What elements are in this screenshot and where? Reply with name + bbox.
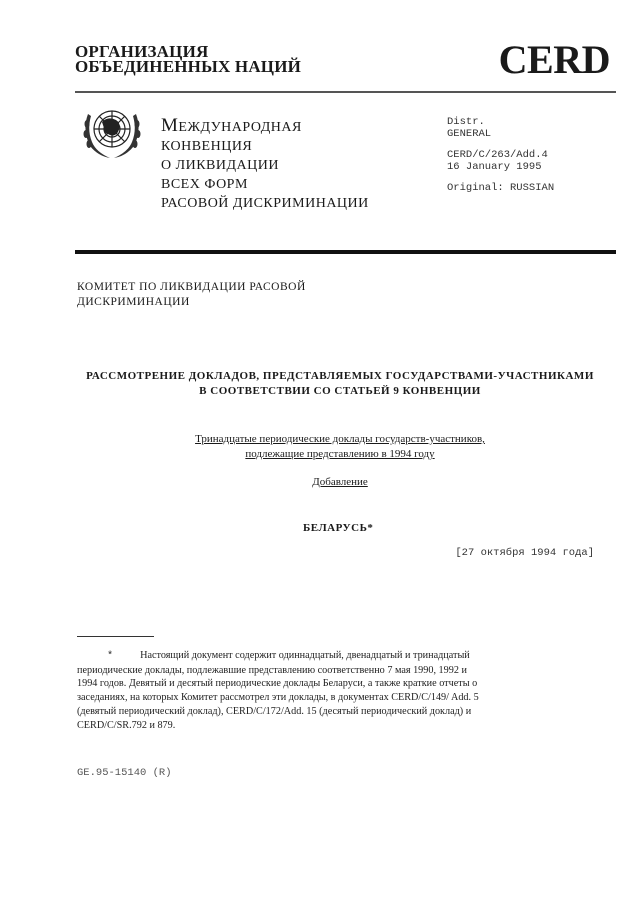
reports-subtitle: Тринадцатые периодические доклады госуда… xyxy=(60,432,620,462)
document-date: 16 January 1995 xyxy=(447,161,554,173)
original-language: Original: RUSSIAN xyxy=(447,182,554,194)
document-metadata: Distr. GENERAL CERD/C/263/Add.4 16 Janua… xyxy=(447,116,554,194)
header-rule xyxy=(75,91,616,93)
document-symbol-heading: CERD xyxy=(499,38,610,82)
footnote-line: (девятый периодический доклад), CERD/C/1… xyxy=(77,705,617,719)
organization-line: ОБЪЕДИНЕННЫХ НАЦИЙ xyxy=(75,59,301,74)
footnote-line: заседаниях, на которых Комитет рассмотре… xyxy=(77,691,617,705)
convention-line: КОНВЕНЦИЯ xyxy=(161,137,369,156)
section-rule xyxy=(75,250,616,254)
footnote: *Настоящий документ содержит одиннадцаты… xyxy=(77,649,617,732)
addendum-label: Добавление xyxy=(60,476,620,488)
convention-title: МЕЖДУНАРОДНАЯ КОНВЕНЦИЯ О ЛИКВИДАЦИИ ВСЕ… xyxy=(161,116,369,213)
report-date: [27 октября 1994 года] xyxy=(455,547,594,559)
convention-line: РАСОВОЙ ДИСКРИМИНАЦИИ xyxy=(161,194,369,213)
distribution-value: GENERAL xyxy=(447,128,554,140)
consideration-heading: РАССМОТРЕНИЕ ДОКЛАДОВ, ПРЕДСТАВЛЯЕМЫХ ГО… xyxy=(60,369,620,399)
convention-line: МЕЖДУНАРОДНАЯ xyxy=(161,116,369,137)
un-emblem-icon xyxy=(78,102,146,164)
footnote-line: периодические доклады, подлежавшие предс… xyxy=(77,664,617,678)
committee-name: КОМИТЕТ ПО ЛИКВИДАЦИИ РАСОВОЙ ДИСКРИМИНА… xyxy=(77,280,306,310)
footnote-line: CERD/C/SR.792 и 879. xyxy=(77,719,617,733)
distribution-label: Distr. xyxy=(447,116,554,128)
footnote-rule xyxy=(77,636,154,637)
organization-name: ОРГАНИЗАЦИЯ ОБЪЕДИНЕННЫХ НАЦИЙ xyxy=(75,44,301,74)
footnote-line: *Настоящий документ содержит одиннадцаты… xyxy=(77,649,617,664)
convention-line: ВСЕХ ФОРМ xyxy=(161,175,369,194)
document-symbol: CERD/C/263/Add.4 xyxy=(447,149,554,161)
convention-line: О ЛИКВИДАЦИИ xyxy=(161,156,369,175)
footnote-line: 1994 годов. Девятый и десятый периодичес… xyxy=(77,677,617,691)
country-heading: БЕЛАРУСЬ* xyxy=(303,522,373,534)
document-reference: GE.95-15140 (R) xyxy=(77,767,172,779)
